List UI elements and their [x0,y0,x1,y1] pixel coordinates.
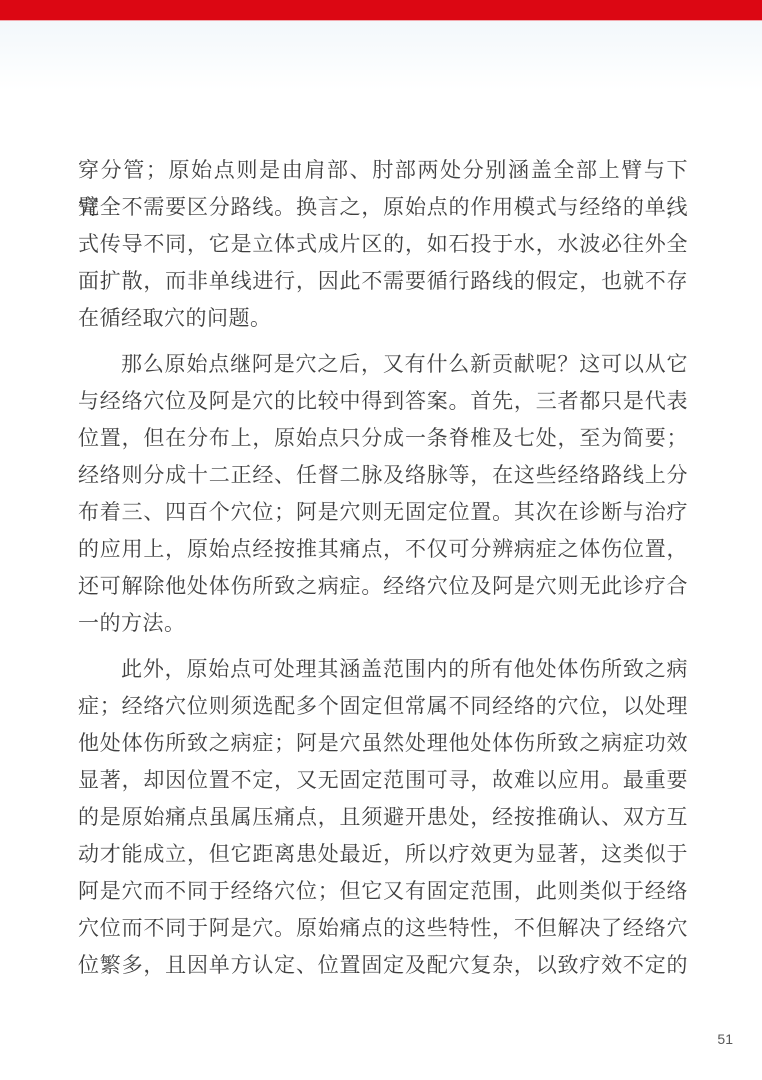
header-bar [0,0,762,20]
text-line: 阿是穴而不同于经络穴位；但它又有固定范围，此则类似于经络 [78,873,688,910]
book-page: 穿分管；原始点则是由肩部、肘部两处分别涵盖全部上臂与下臂，完全不需要区分路线。换… [0,0,762,1080]
text-line: 位置，但在分布上，原始点只分成一条脊椎及七处，至为简要； [78,420,688,457]
header-glow [0,21,762,91]
text-line: 与经络穴位及阿是穴的比较中得到答案。首先，三者都只是代表 [78,383,688,420]
text-line: 此外，原始点可处理其涵盖范围内的所有他处体伤所致之病 [78,651,688,688]
text-line: 位繁多，且因单方认定、位置固定及配穴复杂，以致疗效不定的 [78,947,688,984]
text-line: 动才能成立，但它距离患处最近，所以疗效更为显著，这类似于 [78,836,688,873]
text-line: 的应用上，原始点经按推其痛点，不仅可分辨病症之体伤位置， [78,531,688,568]
paragraph: 那么原始点继阿是穴之后，又有什么新贡献呢？这可以从它与经络穴位及阿是穴的比较中得… [78,346,688,642]
text-line: 他处体伤所致之病症；阿是穴虽然处理他处体伤所致之病症功效 [78,725,688,762]
text-line: 一的方法。 [78,605,688,642]
text-line: 穿分管；原始点则是由肩部、肘部两处分别涵盖全部上臂与下臂， [78,152,688,189]
text-block: 穿分管；原始点则是由肩部、肘部两处分别涵盖全部上臂与下臂，完全不需要区分路线。换… [78,152,688,984]
page-number: 51 [717,1028,733,1050]
text-line: 布着三、四百个穴位；阿是穴则无固定位置。其次在诊断与治疗 [78,494,688,531]
text-line: 经络则分成十二正经、任督二脉及络脉等，在这些经络路线上分 [78,457,688,494]
text-line: 那么原始点继阿是穴之后，又有什么新贡献呢？这可以从它 [78,346,688,383]
text-line: 还可解除他处体伤所致之病症。经络穴位及阿是穴则无此诊疗合 [78,568,688,605]
text-line: 式传导不同，它是立体式成片区的，如石投于水，水波必往外全 [78,226,688,263]
text-line: 面扩散，而非单线进行，因此不需要循行路线的假定，也就不存 [78,263,688,300]
page-content: 穿分管；原始点则是由肩部、肘部两处分别涵盖全部上臂与下臂，完全不需要区分路线。换… [78,152,688,993]
text-line: 在循经取穴的问题。 [78,300,688,337]
text-line: 穴位而不同于阿是穴。原始痛点的这些特性，不但解决了经络穴 [78,910,688,947]
text-line: 完全不需要区分路线。换言之，原始点的作用模式与经络的单线 [78,189,688,226]
text-line: 症；经络穴位则须选配多个固定但常属不同经络的穴位，以处理 [78,688,688,725]
text-line: 的是原始痛点虽属压痛点，且须避开患处，经按推确认、双方互 [78,799,688,836]
paragraph: 穿分管；原始点则是由肩部、肘部两处分别涵盖全部上臂与下臂，完全不需要区分路线。换… [78,152,688,337]
text-line: 显著，却因位置不定，又无固定范围可寻，故难以应用。最重要 [78,762,688,799]
paragraph: 此外，原始点可处理其涵盖范围内的所有他处体伤所致之病症；经络穴位则须选配多个固定… [78,651,688,984]
